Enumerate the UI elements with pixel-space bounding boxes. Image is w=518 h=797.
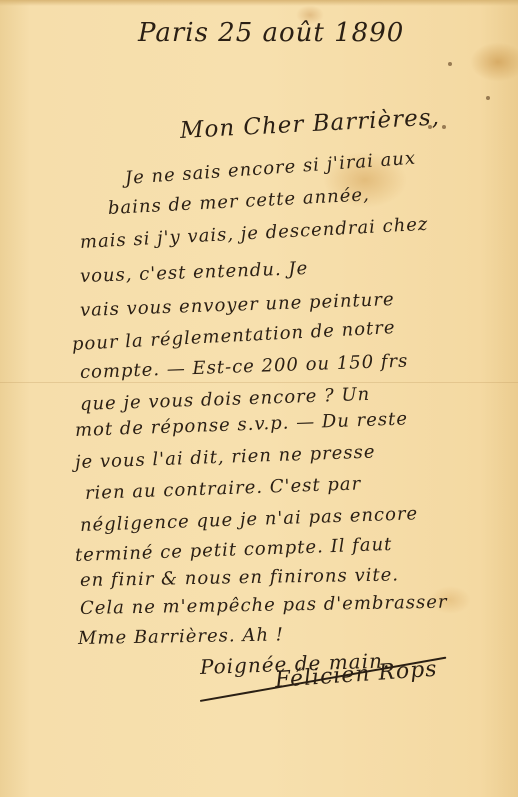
body-line: Cela ne m'empêche pas d'embrasser [80,592,448,619]
body-line: négligence que je n'ai pas encore [80,503,419,536]
ink-spot [486,96,490,100]
body-line: je vous l'ai dit, rien ne presse [75,442,376,473]
ink-spot [448,62,452,66]
body-line: vous, c'est entendu. Je [80,258,309,287]
paper-fold [0,382,518,383]
body-line: pour la réglementation de notre [71,317,396,355]
salutation: Mon Cher Barrières, [179,104,440,144]
body-line: en finir & nous en finirons vite. [80,564,399,591]
paper-edge [0,0,518,6]
body-line: terminé ce petit compte. Il faut [75,534,393,566]
body-line: Je ne sais encore si j'irai aux [124,148,416,189]
date-line: Paris 25 août 1890 [138,18,404,48]
body-line: rien au contraire. C'est par [85,473,362,504]
body-line: mais si j'y vais, je descendrai chez [79,214,428,253]
body-line: compte. — Est-ce 200 ou 150 frs [80,351,409,383]
ink-spot [428,125,432,129]
ink-spot [442,125,446,129]
letter-page: Paris 25 août 1890 Mon Cher Barrières, J… [0,0,518,797]
body-line: bains de mer cette année, [107,184,370,219]
body-line: Mme Barrières. Ah ! [78,624,284,649]
body-line: vais vous envoyer une peinture [80,289,395,321]
